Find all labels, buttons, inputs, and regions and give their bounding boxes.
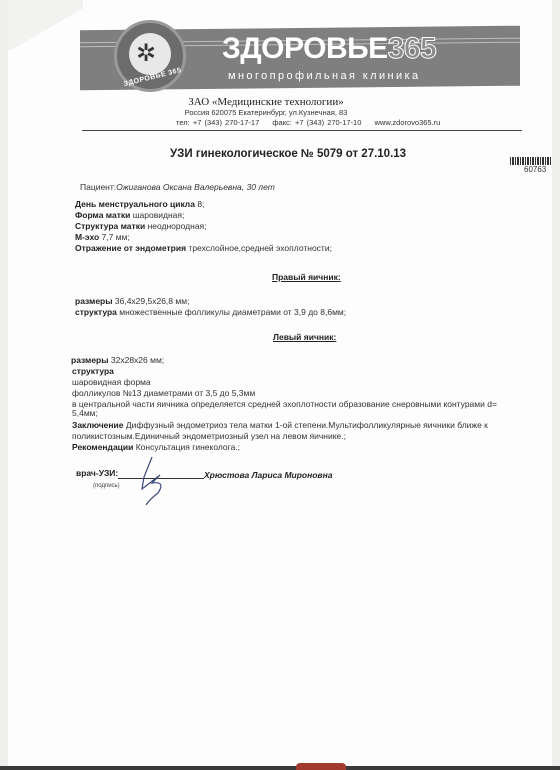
field-endometrium-reflection: Отражение от эндометрия трехслойное,сред… [75, 243, 332, 253]
header-divider [82, 130, 522, 131]
patient-value: Ожиганова Оксана Валерьевна, 30 лет [116, 182, 275, 192]
field-cycle-day: День менструального цикла 8; [75, 199, 204, 209]
patient-line: Пациент:Ожиганова Оксана Валерьевна, 30 … [80, 182, 275, 192]
org-website: www.zdorovo365.ru [374, 118, 440, 127]
left-ovary-size: размеры 32x28x26 мм; [71, 355, 164, 365]
conclusion-label: Заключение [72, 420, 124, 430]
signature-label: врач-УЗИ: [76, 468, 118, 478]
field-value: 8; [197, 199, 204, 209]
brand-number: 365 [388, 32, 437, 65]
logo-puzzle-emblem: ✲ [129, 33, 171, 75]
right-ovary-heading: Правый яичник: [272, 272, 341, 282]
field-value: шаровидная; [133, 210, 185, 220]
left-ovary-structure-line: фолликулов №13 диаметрами от 3,5 до 5,3м… [72, 388, 255, 398]
left-ovary-structure-line: шаровидная форма [72, 377, 151, 387]
left-ovary-heading: Левый яичник: [273, 332, 336, 342]
org-phone: тел: +7 (343) 270-17-17 [176, 118, 259, 127]
field-uterus-shape: Форма матки шаровидная; [75, 210, 184, 220]
field-label: Отражение от эндометрия [75, 243, 186, 253]
field-m-echo: М-эхо 7,7 мм; [75, 232, 130, 242]
field-value: 36,4x29,5x26,8 мм; [115, 296, 190, 306]
right-ovary-size: размеры 36,4x29,5x26,8 мм; [75, 296, 189, 306]
signature-caption: (подпись) [93, 483, 120, 489]
left-ovary-structure-line: в центральной части яичника определяется… [72, 399, 497, 409]
field-label: размеры [75, 296, 113, 306]
conclusion-text: Диффузный эндометриоз тела матки 1-ой ст… [126, 420, 488, 430]
org-contacts: тел: +7 (343) 270-17-17 факс: +7 (343) 2… [176, 118, 450, 127]
field-label: структура [72, 366, 114, 376]
field-label: Форма матки [75, 210, 130, 220]
document-title: УЗИ гинекологическое № 5079 от 27.10.13 [170, 148, 406, 160]
brand-name: ЗДОРОВЬЕ365 [222, 32, 436, 66]
recommendations-text: Консультация гинеколога.; [136, 442, 240, 452]
patient-label: Пациент: [80, 182, 116, 192]
doctor-name: Хрюстова Лариса Мироновна [204, 470, 332, 480]
clinic-logo: ✲ ЗДОРОВЬЕ 365 [114, 20, 186, 92]
field-label: структура [75, 307, 117, 317]
barcode-icon [510, 157, 552, 165]
field-label: размеры [71, 355, 109, 365]
org-name: ЗАО «Медицинские технологии» [0, 96, 546, 108]
field-value: трехслойное,средней эхоплотности; [188, 243, 332, 253]
field-label: М-эхо [75, 232, 99, 242]
field-uterus-structure: Структура матки неоднородная; [75, 221, 207, 231]
field-value: 32x28x26 мм; [111, 355, 164, 365]
left-ovary-heading-text: Левый яичник [273, 332, 334, 342]
barcode-number: 60763 [524, 165, 546, 174]
right-ovary-structure: структура множественные фолликулы диамет… [75, 307, 346, 317]
puzzle-people-icon: ✲ [136, 39, 156, 69]
red-object-edge [296, 763, 346, 770]
conclusion-line-2: поликистозным.Единичный эндометриозный у… [72, 431, 346, 441]
org-fax: факс: +7 (343) 270-17-10 [272, 118, 361, 127]
field-value: 7,7 мм; [102, 232, 130, 242]
recommendations-label: Рекомендации [72, 442, 133, 452]
brand-subtitle: многопрофильная клиника [228, 70, 420, 82]
scanner-edge [0, 766, 560, 770]
left-ovary-structure-line: 5,4мм; [72, 408, 98, 418]
conclusion-line-1: Заключение Диффузный эндометриоз тела ма… [72, 420, 488, 430]
field-label: День менструального цикла [75, 199, 195, 209]
org-address: Россия 620075 Екатеринбург, ул.Кузнечная… [0, 108, 546, 117]
recommendations-line: Рекомендации Консультация гинеколога.; [72, 442, 240, 452]
folded-corner [8, 0, 83, 50]
field-value: неоднородная; [148, 221, 207, 231]
field-value: множественные фолликулы диаметрами от 3,… [119, 307, 346, 317]
field-label: Структура матки [75, 221, 145, 231]
brand-name-text: ЗДОРОВЬЕ [222, 32, 388, 65]
right-ovary-heading-text: Правый яичник [272, 272, 338, 282]
handwritten-signature-icon [130, 455, 180, 505]
left-ovary-structure-label: структура [72, 366, 114, 376]
